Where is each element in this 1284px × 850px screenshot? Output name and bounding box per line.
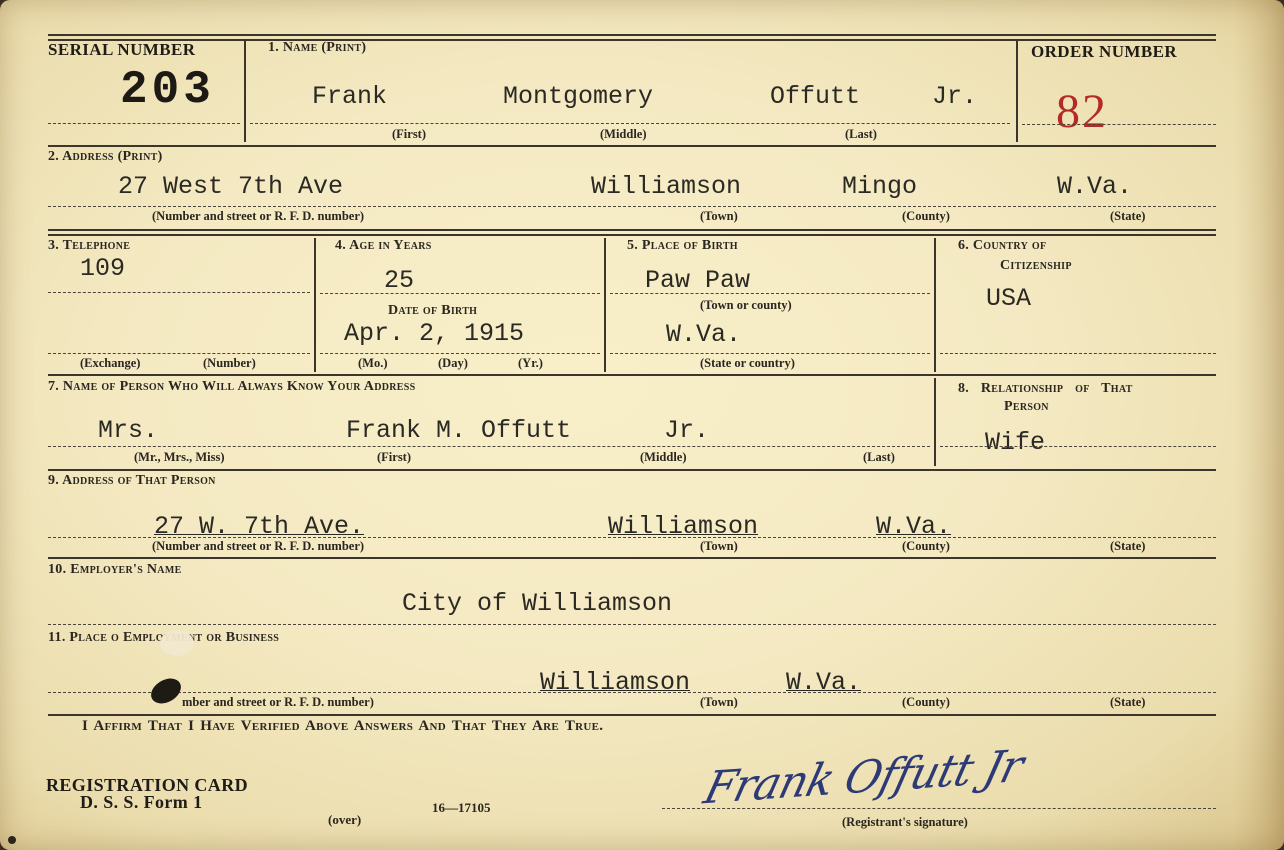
name-middle: Montgomery bbox=[503, 82, 653, 111]
dob-dash bbox=[320, 353, 600, 354]
order-number-value: 82 bbox=[1056, 84, 1108, 139]
birthplace-town-dash bbox=[610, 293, 930, 294]
citizenship-value: USA bbox=[986, 284, 1031, 313]
serial-number-label: SERIAL NUMBER bbox=[48, 40, 195, 60]
dob-label: Date of Birth bbox=[388, 303, 477, 319]
top-rule bbox=[48, 34, 1216, 36]
birthplace-state: W.Va. bbox=[666, 320, 741, 349]
row2-rule-b bbox=[48, 234, 1216, 236]
serial-number-value: 203 bbox=[120, 64, 215, 116]
age-label: 4. Age in Years bbox=[335, 238, 432, 254]
order-number-label: ORDER NUMBER bbox=[1031, 42, 1177, 62]
address-label: 2. Address (Print) bbox=[48, 149, 163, 165]
employment-state-caption: (State) bbox=[1110, 695, 1145, 710]
address-county: Mingo bbox=[842, 172, 917, 201]
form-name: D. S. S. Form 1 bbox=[80, 792, 203, 813]
age-divider bbox=[604, 238, 606, 372]
telephone-divider bbox=[314, 238, 316, 372]
row4-rule bbox=[48, 469, 1216, 471]
bottom-edge-dot bbox=[8, 836, 16, 844]
address-dash bbox=[48, 206, 1216, 207]
address-state-caption: (State) bbox=[1110, 209, 1145, 224]
relationship-label-2: Person bbox=[1004, 399, 1049, 415]
name-dash bbox=[250, 123, 1010, 124]
dob-value: Apr. 2, 1915 bbox=[344, 319, 524, 348]
birthplace-town-caption: (Town or county) bbox=[700, 298, 792, 313]
contact-title: Mrs. bbox=[98, 416, 158, 445]
employer-label: 10. Employer's Name bbox=[48, 562, 182, 578]
row2-rule bbox=[48, 229, 1216, 231]
row5-rule bbox=[48, 557, 1216, 559]
citizenship-dash bbox=[940, 353, 1216, 354]
relationship-value: Wife bbox=[985, 428, 1045, 457]
age-dash bbox=[320, 293, 600, 294]
order-divider bbox=[1016, 40, 1018, 142]
address-county-caption: (County) bbox=[902, 209, 950, 224]
contact-divider bbox=[934, 378, 936, 466]
birthplace-state-caption: (State or country) bbox=[700, 356, 795, 371]
signature-caption: (Registrant's signature) bbox=[842, 815, 968, 830]
name-first-caption: (First) bbox=[392, 127, 426, 142]
row1-rule bbox=[48, 145, 1216, 147]
dob-day-caption: (Day) bbox=[438, 356, 468, 371]
telephone-dash-2 bbox=[48, 353, 310, 354]
address-town-caption: (Town) bbox=[700, 209, 738, 224]
citizenship-label-1: 6. Country of bbox=[958, 238, 1046, 254]
name-label: 1. Name (Print) bbox=[268, 40, 366, 56]
affirmation-text: I Affirm That I Have Verified Above Answ… bbox=[82, 718, 603, 735]
age-value: 25 bbox=[384, 266, 414, 295]
paper-damage-mark bbox=[147, 673, 186, 708]
telephone-number-caption: (Number) bbox=[203, 356, 256, 371]
employer-dash bbox=[48, 624, 1216, 625]
name-last-caption: (Last) bbox=[845, 127, 877, 142]
registrant-signature: Frank Offutt Jr bbox=[699, 740, 1028, 814]
citizenship-label-2: Citizenship bbox=[1000, 258, 1072, 274]
row6-rule bbox=[48, 714, 1216, 716]
contact-address-label: 9. Address of That Person bbox=[48, 473, 216, 489]
birthplace-town: Paw Paw bbox=[645, 266, 750, 295]
form-number: 16—17105 bbox=[432, 800, 491, 816]
telephone-value: 109 bbox=[80, 254, 125, 283]
contact-address-county-caption: (County) bbox=[902, 539, 950, 554]
paper-damage-mark-2 bbox=[160, 630, 194, 656]
name-first: Frank bbox=[312, 82, 387, 111]
address-town: Williamson bbox=[591, 172, 741, 201]
relationship-dash bbox=[940, 446, 1216, 447]
serial-dash bbox=[48, 123, 240, 124]
address-street: 27 West 7th Ave bbox=[118, 172, 343, 201]
telephone-dash-1 bbox=[48, 292, 310, 293]
contact-middle-caption: (Middle) bbox=[640, 450, 687, 465]
address-street-caption: (Number and street or R. F. D. number) bbox=[152, 209, 364, 224]
employer-value: City of Williamson bbox=[402, 589, 672, 618]
dob-mo-caption: (Mo.) bbox=[358, 356, 388, 371]
address-state: W.Va. bbox=[1057, 172, 1132, 201]
birthplace-state-dash bbox=[610, 353, 930, 354]
contact-address-state-caption: (State) bbox=[1110, 539, 1145, 554]
registration-card: SERIAL NUMBER 203 1. Name (Print) Frank … bbox=[0, 0, 1284, 850]
employment-dash bbox=[48, 692, 1216, 693]
order-dash bbox=[1022, 124, 1216, 125]
contact-last-caption: (Last) bbox=[863, 450, 895, 465]
contact-person-label: 7. Name of Person Who Will Always Know Y… bbox=[48, 379, 415, 395]
employment-county-caption: (County) bbox=[902, 695, 950, 710]
serial-divider bbox=[244, 40, 246, 142]
name-middle-caption: (Middle) bbox=[600, 127, 647, 142]
contact-suffix: Jr. bbox=[664, 416, 709, 445]
telephone-exchange-caption: (Exchange) bbox=[80, 356, 140, 371]
over-note: (over) bbox=[328, 812, 361, 828]
contact-name: Frank M. Offutt bbox=[346, 416, 571, 445]
contact-dash bbox=[48, 446, 930, 447]
name-suffix: Jr. bbox=[932, 82, 977, 111]
contact-first-caption: (First) bbox=[377, 450, 411, 465]
telephone-label: 3. Telephone bbox=[48, 238, 130, 254]
contact-address-street-caption: (Number and street or R. F. D. number) bbox=[152, 539, 364, 554]
employment-town-caption: (Town) bbox=[700, 695, 738, 710]
contact-address-dash bbox=[48, 537, 1216, 538]
contact-title-caption: (Mr., Mrs., Miss) bbox=[134, 450, 225, 465]
row3-rule bbox=[48, 374, 1216, 376]
birthplace-divider bbox=[934, 238, 936, 372]
birthplace-label: 5. Place of Birth bbox=[627, 238, 738, 254]
relationship-label-1: 8. Relationship of That bbox=[958, 381, 1133, 397]
top-rule-2 bbox=[48, 39, 1216, 41]
dob-yr-caption: (Yr.) bbox=[518, 356, 543, 371]
contact-address-town-caption: (Town) bbox=[700, 539, 738, 554]
name-last: Offutt bbox=[770, 82, 860, 111]
employment-street-caption: mber and street or R. F. D. number) bbox=[182, 695, 374, 710]
